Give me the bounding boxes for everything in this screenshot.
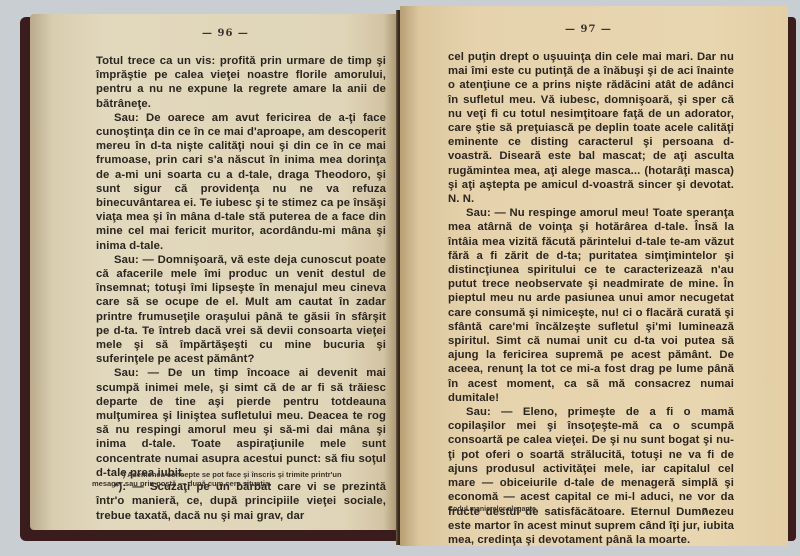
right-page-body: cel puţin drept o uşuuinţa din cele mai …	[448, 50, 734, 547]
signature-line: Codul manierelor elegante	[448, 506, 536, 513]
left-page-body: Totul trece ca un vis: profită prin urma…	[96, 54, 386, 523]
paragraph: Sau: — Domnişoară, vă este deja cunoscut…	[96, 253, 386, 367]
page-number-left: — 96 —	[202, 28, 249, 39]
footnote: *) Asemenea concepte se pot face şi însc…	[92, 470, 388, 488]
paragraph: cel puţin drept o uşuuinţa din cele mai …	[448, 50, 734, 206]
paragraph: Sau: — Eleno, primeşte de a fi o mamă co…	[448, 405, 734, 547]
page-number-right: — 97 —	[565, 24, 612, 35]
right-page: — 97 — cel puţin drept o uşuuinţa din ce…	[400, 6, 788, 546]
paragraph: Sau: — Nu respinge amorul meu! Toate spe…	[448, 206, 734, 405]
paragraph: Sau: De oarece am avut fericirea de a-ţi…	[96, 111, 386, 253]
signature-mark: 7	[702, 506, 708, 516]
left-page: — 96 — Totul trece ca un vis: profită pr…	[30, 14, 398, 530]
paragraph: Totul trece ca un vis: profită prin urma…	[96, 54, 386, 111]
paragraph: Sau: — De un timp încoace ai devenit mai…	[96, 366, 386, 480]
footnote-line: mesager sau prin poştă — după cum cere s…	[92, 479, 388, 488]
footnote-line: *) Asemenea concepte se pot face şi însc…	[92, 470, 388, 479]
